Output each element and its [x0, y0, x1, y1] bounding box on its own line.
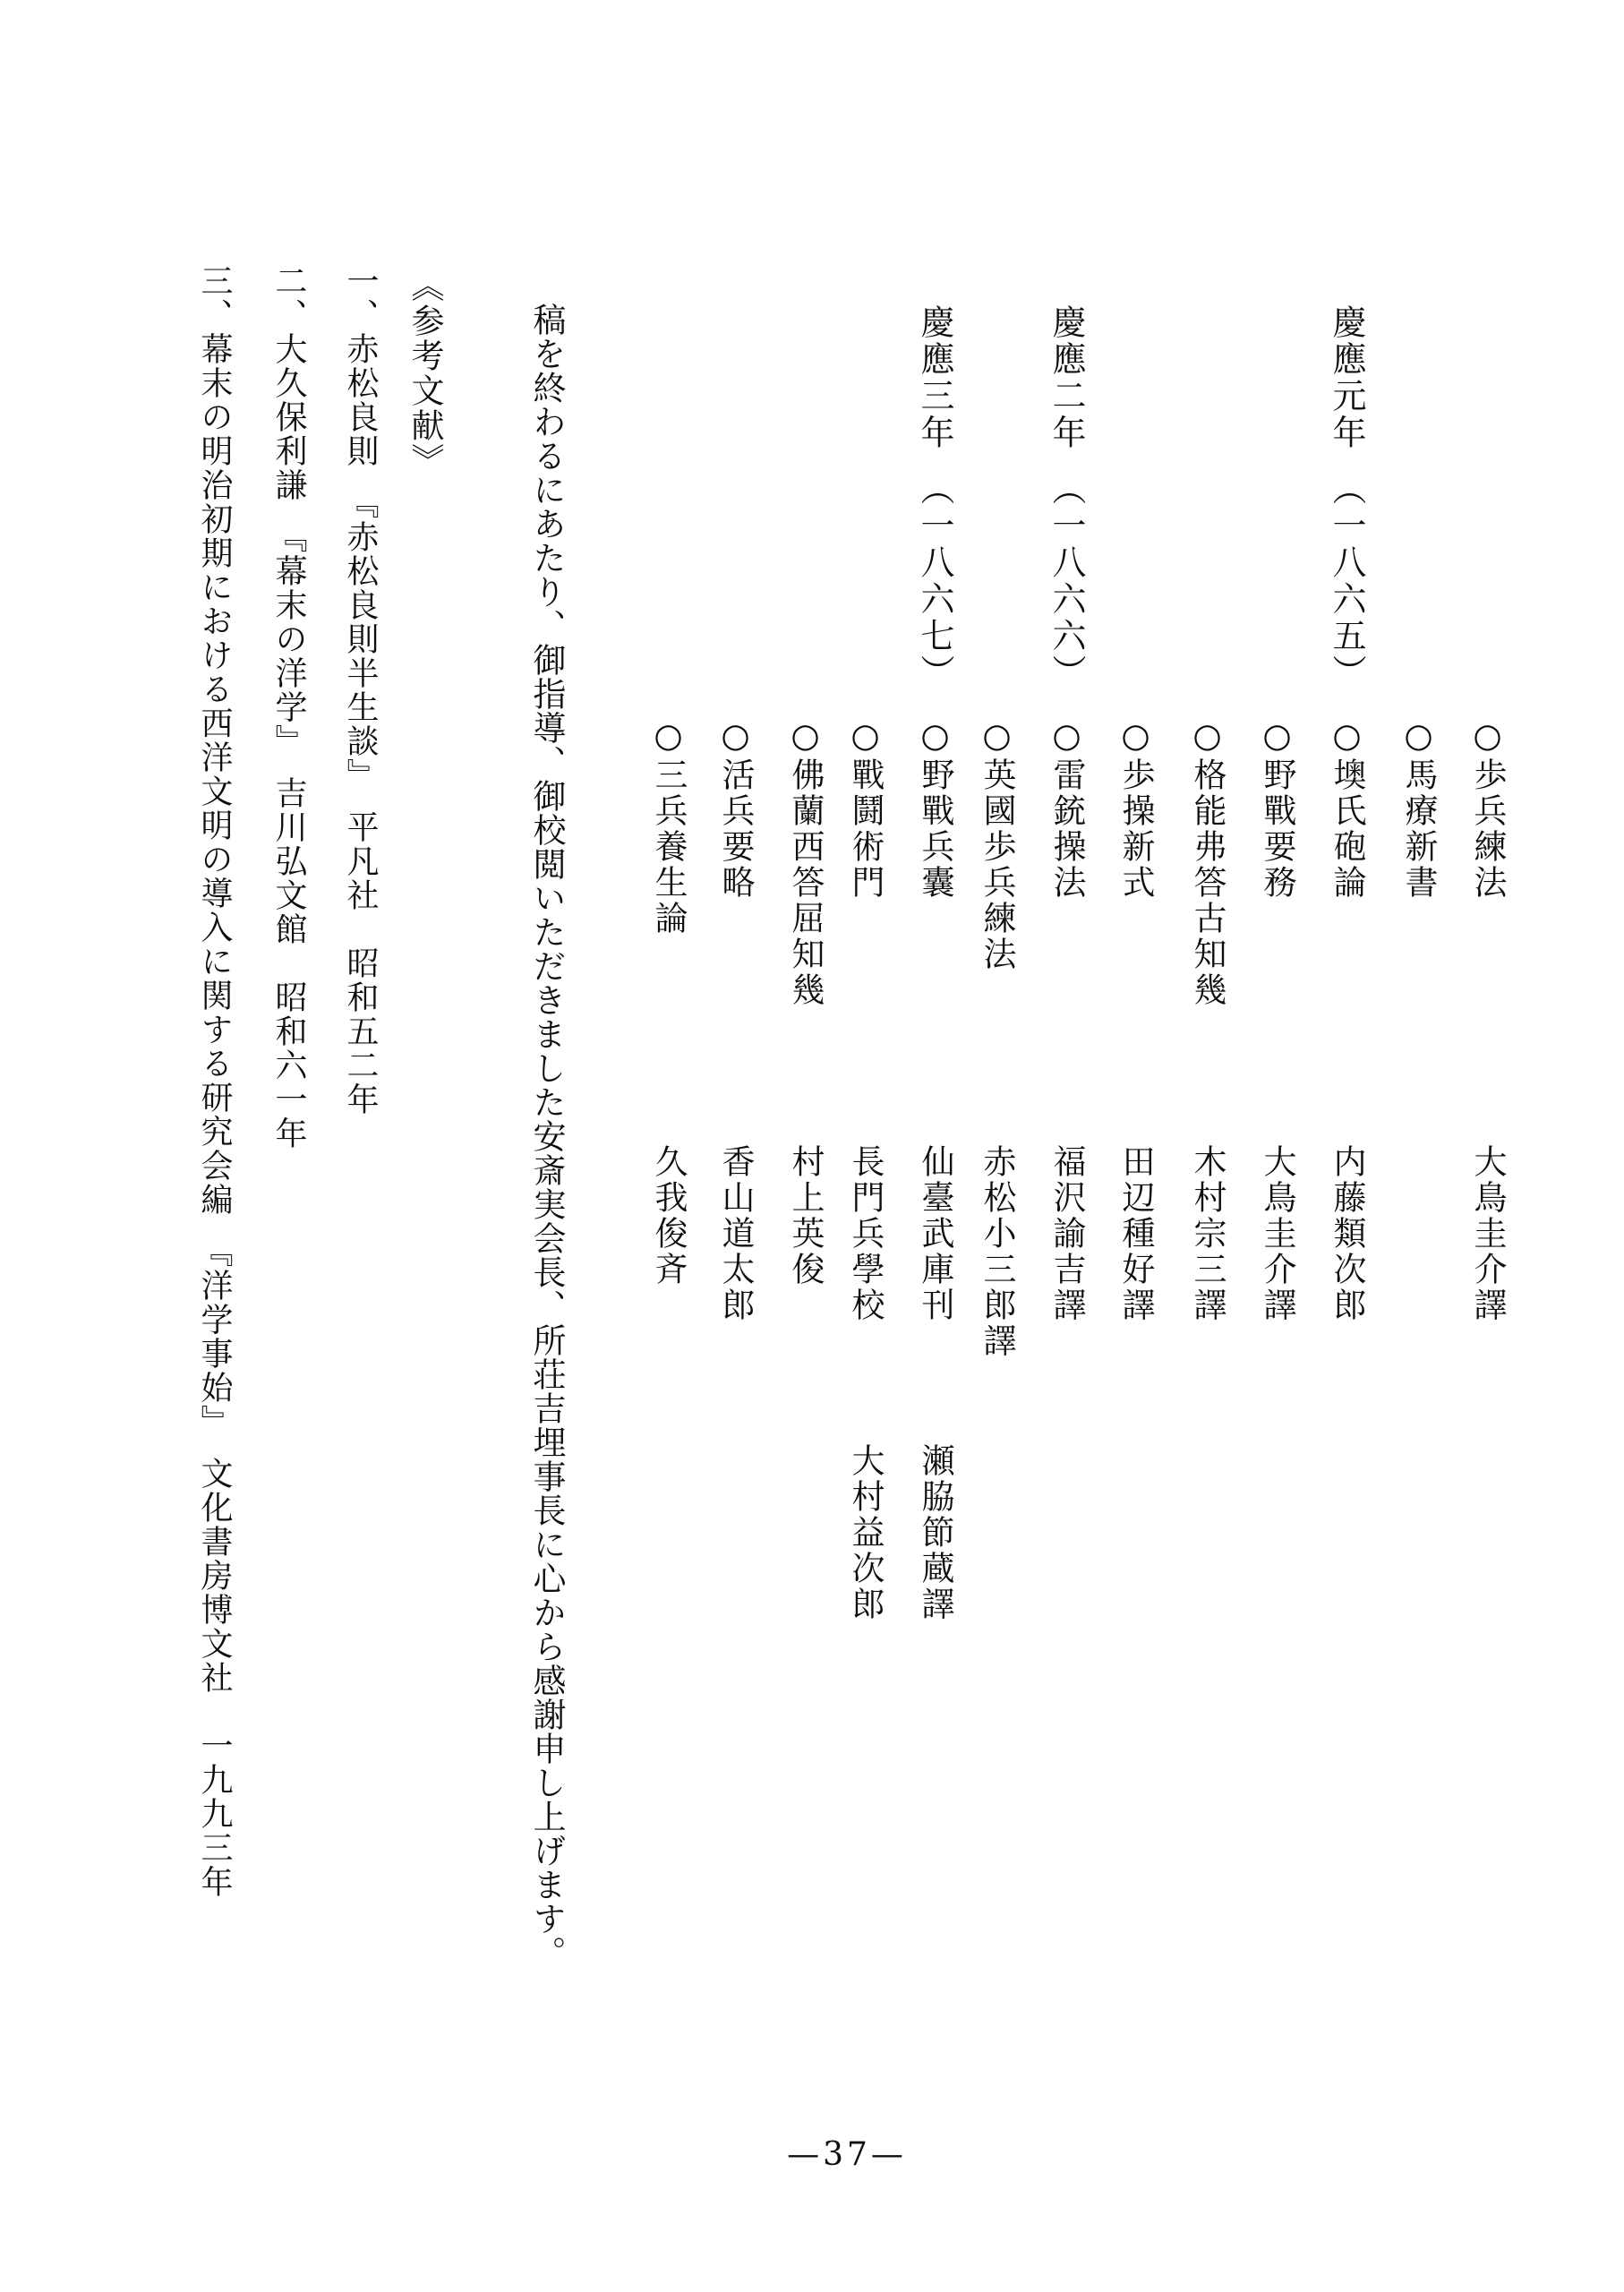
book-title: ○馬療新書	[1398, 716, 1438, 901]
book-title: ○墺氏砲論	[1327, 716, 1366, 901]
book-title: ○野戰兵囊	[915, 716, 954, 901]
book-translator: 赤松小三郎譯	[977, 1144, 1016, 1359]
book-title: ○歩兵練法	[1467, 716, 1507, 901]
year-heading-keio-2: 慶應二年 （一八六六）	[1047, 304, 1086, 691]
year-heading-keio-1: 慶應元年 （一八六五）	[1327, 304, 1366, 691]
book-translator: 大鳥圭介譯	[1467, 1144, 1507, 1323]
reference-item-1: 一、赤松良則 『赤松良則半生談』 平凡社 昭和五二年	[340, 264, 380, 1116]
book-translator: 村上英俊	[785, 1144, 825, 1287]
book-title: ○歩操新式	[1115, 716, 1155, 901]
book-translator: 福沢諭吉譯	[1047, 1144, 1086, 1323]
document-page: 慶應元年 （一八六五） 慶應二年 （一八六六） 慶應三年 （一八六七） ○歩兵練…	[0, 0, 1624, 2292]
book-title: ○英國歩兵練法	[977, 716, 1016, 972]
book-translator: 久我俊斉	[648, 1144, 688, 1287]
book-translator-secondary: 大村益次郎	[845, 1443, 885, 1622]
book-title: ○雷銃操法	[1047, 716, 1086, 901]
book-title: ○戰鬪術門	[845, 716, 885, 901]
reference-item-3: 三、幕末の明治初期における西洋文明の導入に関する研究会編 『洋学事始』 文化書房…	[194, 264, 234, 1899]
book-translator: 香山道太郎	[715, 1144, 755, 1323]
book-publisher: 仙臺武庫刊	[915, 1144, 954, 1323]
book-title: ○格能弗答古知幾	[1187, 716, 1227, 1008]
year-heading-keio-3: 慶應三年 （一八六七）	[915, 304, 954, 691]
book-translator: 内藤類次郎	[1327, 1144, 1366, 1323]
acknowledgment-text: 稿を終わるにあたり、御指導、御校閲いただきました安斎実会長、所荘吉埋事長に心から…	[526, 303, 566, 1970]
book-title: ○活兵要略	[715, 716, 755, 901]
reference-item-2: 二、大久保利謙 『幕末の洋学』 吉川弘文館 昭和六一年	[269, 264, 308, 1150]
book-translator: 木村宗三譯	[1187, 1144, 1227, 1323]
references-heading: 《参考文献》	[405, 269, 444, 478]
book-translator: 大鳥圭介譯	[1257, 1144, 1296, 1323]
book-title: ○佛蘭西答屈知幾	[785, 716, 825, 1008]
page-number: —37—	[757, 2136, 936, 2173]
book-title: ○野戰要務	[1257, 716, 1296, 901]
book-translator: 田辺種好譯	[1115, 1144, 1155, 1323]
book-translator-secondary: 瀬脇節蔵譯	[915, 1443, 954, 1622]
book-title: ○三兵養生論	[648, 716, 688, 936]
book-publisher: 長門兵學校	[845, 1144, 885, 1323]
